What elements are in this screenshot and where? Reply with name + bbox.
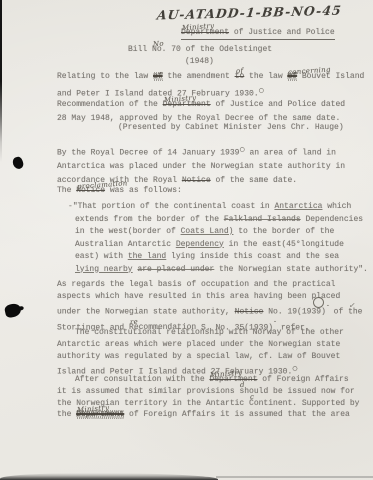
typed-line: extends from the border of the Falkland …	[75, 214, 368, 227]
presented-line: (Presented by Cabinet Minister Jens Chr.…	[118, 122, 344, 135]
typed-text: After consultation with the	[75, 375, 209, 384]
typed-text: it is assumed that similar provisions	[57, 387, 239, 396]
typed-text: in the west(border of	[75, 227, 181, 236]
annotated-word: MinistryDepartment	[209, 375, 257, 384]
typed-line: Antarctica was placed under the Norwegia…	[57, 160, 345, 174]
typed-text: of Justice and Police	[229, 28, 335, 37]
typed-text: and Peter I Island dated 27 February 193…	[57, 89, 259, 98]
typed-line: Relating to the law of the amendment oft…	[57, 70, 364, 84]
typed-text: The	[57, 186, 76, 195]
handwritten-annotation: of	[235, 66, 243, 74]
typed-line: lying nearby are placed under the Norweg…	[75, 264, 368, 277]
handwritten-annotation: Ministry	[210, 368, 243, 378]
typed-text: of Foreign Affairs it is assumed that th…	[124, 410, 350, 419]
typed-line: Bill NoNo. 70 of the Odelstinget	[128, 44, 272, 57]
year-heading: (1948)	[185, 56, 214, 69]
scanned-document-page: AU-ATADD-1-BB-NO-45 MinistryDepartment o…	[0, 0, 373, 480]
typed-text: of the same date.	[211, 176, 297, 185]
recommendation-paragraph: Recommendation of the MinistryDepartment…	[57, 98, 345, 125]
handwritten-annotation: d	[240, 381, 245, 389]
typed-text: By the Royal Decree of 14 January 1939	[57, 149, 239, 158]
typed-text: of Foreign Affairs	[257, 375, 348, 384]
relating-paragraph: Relating to the law of the amendment oft…	[57, 70, 364, 101]
typed-text: in the east(45°longitude	[224, 240, 344, 249]
typed-text: Recommendation of the	[57, 100, 163, 109]
typed-line: in the west(border of Coats Land) to the…	[75, 226, 368, 239]
document-body: MinistryDepartment of Justice and Police…	[0, 0, 373, 480]
proclamation-quote: -"That portion of the continental coast …	[75, 201, 368, 276]
typed-text: 70 of the Odelstinget	[166, 45, 272, 54]
handwritten-annotation: No	[153, 39, 164, 48]
constitutional-paragraph: The constitutional relationship with Nor…	[57, 327, 344, 379]
scan-bottom-shadow	[216, 476, 373, 478]
typed-line: Recommendation of the MinistryDepartment…	[57, 98, 345, 112]
annotated-word: concerningof	[287, 72, 297, 81]
typed-text: extends from the border of the	[75, 215, 224, 224]
typed-text: to the border of the	[233, 227, 334, 236]
struck-word: of	[153, 72, 163, 81]
consultation-paragraph: After consultation with the MinistryDepa…	[57, 374, 359, 421]
typed-text: of Justice and Police dated	[211, 100, 345, 109]
pencil-marked-text: Falkland Islands	[224, 215, 301, 224]
typed-text: No. 19(1939)	[263, 308, 325, 317]
typed-text: the Norwegian state authority".	[214, 265, 368, 274]
typed-text: "That portion of the continental coast i…	[73, 202, 275, 211]
typed-text: lying inside this coast and the sea	[166, 252, 339, 261]
typed-text: Bill	[128, 45, 152, 54]
typed-line: The proclamationNotice was as follows:	[57, 185, 182, 198]
pencil-marked-text: Coats Land)	[181, 227, 234, 236]
typed-text: which	[322, 202, 351, 211]
pencil-marked-text: Dependency	[176, 240, 224, 249]
typed-text: As regards the legal basis of occupation…	[57, 280, 335, 289]
annotated-word: NoNo.	[152, 45, 166, 54]
typed-line: MinistryDepartment of Justice and Police	[181, 27, 335, 40]
typed-text: east) with	[75, 252, 128, 261]
typed-text: under the Norwegian state authority,	[57, 308, 235, 317]
pencil-marked-text: Antarctica	[274, 202, 322, 211]
typed-line: (Presented by Cabinet Minister Jens Chr.…	[118, 122, 344, 135]
handwritten-annotation: c	[250, 393, 255, 401]
typed-text: be issued now for	[268, 387, 354, 396]
typed-line: the MinistryDepartment of Foreign Affair…	[57, 409, 359, 421]
struck-word: Notice	[235, 308, 264, 317]
typed-line: (1948)	[185, 56, 214, 69]
pencil-marked-text: the land	[128, 252, 166, 261]
ministry-title: MinistryDepartment of Justice and Police	[181, 27, 335, 40]
typed-text: Continent	[249, 399, 292, 408]
typed-text: Antarctica was placed under the Norwegia…	[57, 162, 345, 171]
typed-text: the amendment	[163, 72, 235, 81]
typed-line: -"That portion of the continental coast …	[68, 201, 368, 214]
pencil-marked-text: are placed under	[137, 265, 214, 274]
typed-line: Australian Antarctic Dependency in the e…	[75, 239, 368, 252]
annotated-word: MinistryDepartment	[163, 100, 211, 109]
follows-line: The proclamationNotice was as follows:	[57, 185, 182, 198]
typed-line: After consultation with the MinistryDepa…	[75, 374, 359, 386]
typed-text: Relating to the law	[57, 72, 153, 81]
typed-line: By the Royal Decree of 14 January 1939○ …	[57, 143, 345, 160]
handwritten-check-mark: ✓	[348, 301, 356, 311]
typed-text: an area of land in	[245, 149, 336, 158]
pencil-marked-text: lying nearby	[75, 265, 133, 274]
typed-line: The constitutional relationship with Nor…	[75, 327, 344, 339]
typed-text: authority was regulated by a special law…	[57, 352, 340, 361]
typed-text: Australian Antarctic	[75, 240, 176, 249]
typed-text: of the	[329, 308, 363, 317]
handwritten-circle-mark	[313, 297, 324, 308]
handwritten-annotation: Ministry	[182, 21, 215, 31]
typed-text: Antarctic areas which were placed under …	[57, 340, 340, 349]
typed-line: As regards the legal basis of occupation…	[57, 279, 362, 291]
typed-text: the law	[244, 72, 287, 81]
handwritten-reference-mark: ○	[292, 365, 297, 372]
annotated-word: ofto	[235, 72, 245, 81]
typed-line: authority was regulated by a special law…	[57, 351, 344, 363]
typed-text: (1948)	[185, 57, 214, 66]
typed-text: The constitutional relationship with Nor…	[75, 328, 344, 337]
struck-word: Notice	[182, 176, 211, 185]
handwritten-reference-mark: ○	[259, 87, 264, 94]
handwritten-annotation: Ministry	[163, 93, 196, 103]
bill-heading: Bill NoNo. 70 of the Odelstinget	[128, 44, 272, 57]
annotated-word: MinistryDepartment	[181, 28, 229, 37]
typed-text: . Supported by	[292, 399, 359, 408]
typed-text: aspects which have resulted in this area…	[57, 292, 340, 301]
annotated-word: proclamationNotice	[76, 186, 105, 195]
annotated-word: cContinent	[249, 399, 292, 408]
typed-text: (Presented by Cabinet Minister Jens Chr.…	[118, 123, 344, 132]
typed-line: east) with the land lying inside this co…	[75, 251, 368, 264]
handwritten-annotation: re	[130, 318, 139, 327]
typed-text: the	[57, 410, 76, 419]
typed-line: Antarctic areas which were placed under …	[57, 339, 344, 351]
typed-line: it is assumed that similar provisions ds…	[57, 386, 359, 398]
annotated-word: MinistryDepartment	[76, 410, 124, 419]
typed-text: Dependencies	[301, 215, 363, 224]
